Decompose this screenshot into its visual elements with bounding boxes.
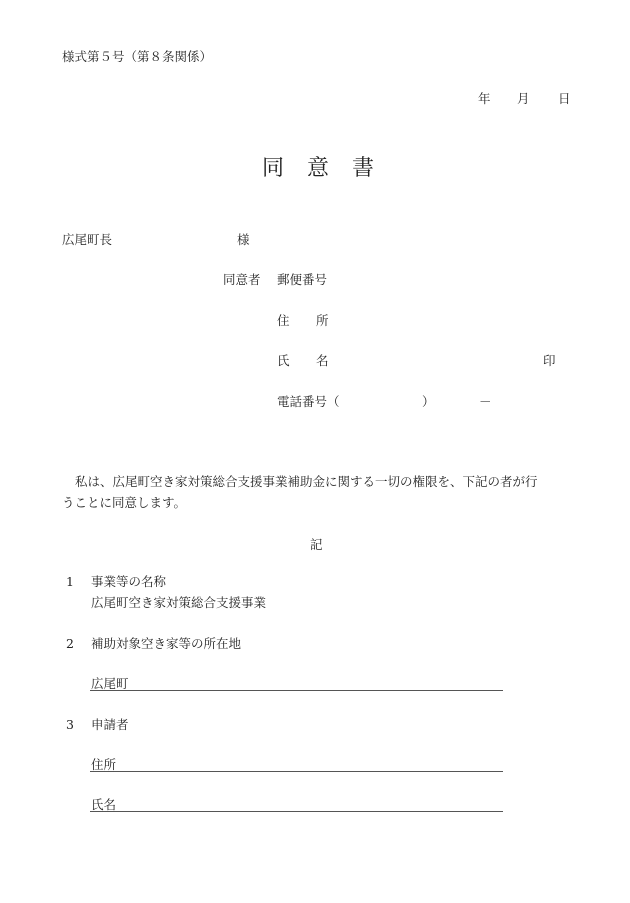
item-3-number: 3 [66,719,74,732]
name-label-char-2: 名 [316,355,329,368]
addressee-name: 広尾町長 [62,234,112,247]
item-1-label: 事業等の名称 [91,576,166,589]
name-label-char-1: 氏 [277,355,290,368]
item-3-label: 申請者 [91,719,129,732]
title-char-2: 意 [307,158,329,180]
consent-text-line-2: うことに同意します。 [62,497,186,510]
address-label-char-2: 所 [316,315,329,328]
phone-close-paren: ） [422,396,435,409]
location-line-prefix: 広尾町 [91,678,129,691]
item-2-label: 補助対象空き家等の所在地 [91,638,241,651]
date-day-label: 日 [558,93,571,106]
form-number: 様式第５号（第８条関係） [62,51,212,64]
date-month-label: 月 [517,93,530,106]
phone-dash: － [479,396,492,409]
phone-label: 電話番号（ [277,396,340,409]
location-underline[interactable] [90,690,503,691]
applicant-address-label: 住所 [91,759,116,772]
consenter-label: 同意者 [223,274,261,287]
applicant-name-label: 氏名 [91,799,116,812]
address-label-char-1: 住 [277,315,290,328]
item-1-value: 広尾町空き家対策総合支援事業 [91,597,266,610]
title-char-1: 同 [262,158,284,180]
applicant-address-underline[interactable] [90,771,503,772]
addressee-honorific: 様 [237,234,250,247]
item-2-number: 2 [66,638,74,651]
applicant-name-underline[interactable] [90,811,503,812]
seal-mark: 印 [543,355,556,368]
consent-text-line-1: 私は、広尾町空き家対策総合支援事業補助金に関する一切の権限を、下記の者が行 [75,476,538,489]
date-year-label: 年 [478,93,491,106]
ki-heading: 記 [310,539,323,552]
title-char-3: 書 [352,158,374,180]
item-1-number: 1 [66,576,74,589]
postal-code-label: 郵便番号 [277,274,327,287]
